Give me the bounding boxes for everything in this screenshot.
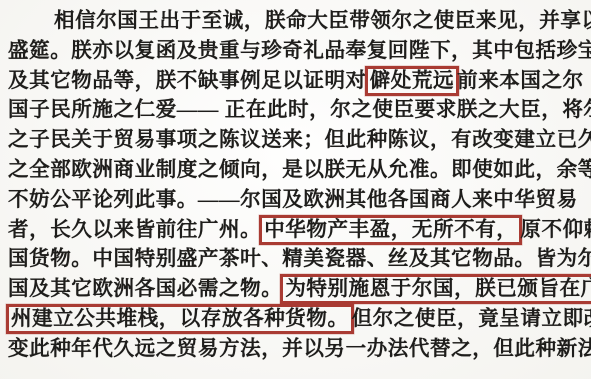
highlighted-phrase: 为特别施恩于尔国，朕已颁旨在广 — [280, 274, 591, 304]
text-segment: 之子民关于贸易事项之陈议送来；但此种陈议，有改变建立已久 — [8, 129, 591, 151]
text-line-4: 国子民所施之仁爱—— 正在此时，尔之使臣要求朕之大臣，将尔 — [8, 96, 586, 126]
text-line-8: 者，长久以来皆前往广州。中华物产丰盈，无所不有，原不仰赖别 — [8, 216, 586, 246]
text-segment: 盛筵。朕亦以复函及贵重与珍奇礼品奉复回陛下，其中包括珍宝 — [8, 40, 591, 62]
text-segment: 国货物。中国特别盛产茶叶、精美瓷器、丝及其它物品。皆为尔 — [8, 248, 591, 270]
highlighted-phrase: 州建立公共堆栈，以存放各种货物。 — [6, 304, 354, 334]
text-line-1: 相信尔国王出于至诚，朕命大臣带领尔之使臣来见，并享以 — [8, 7, 586, 37]
text-line-6: 之全部欧洲商业制度之倾向，是以朕无从允准。即使如此，余等 — [8, 156, 586, 186]
text-segment: 变此种年代久远之贸易方法，并以另一办法代替之，但此种新法 — [8, 338, 591, 360]
text-segment: 者，长久以来皆前往广州。 — [8, 219, 261, 241]
text-segment: 原不仰赖别 — [520, 219, 591, 241]
text-segment: 国及其它欧洲各国必需之物。 — [8, 278, 282, 300]
scanned-document-page: 相信尔国王出于至诚，朕命大臣带领尔之使臣来见，并享以盛筵。朕亦以复函及贵重与珍奇… — [0, 0, 591, 379]
text-line-9: 国货物。中国特别盛产茶叶、精美瓷器、丝及其它物品。皆为尔 — [8, 245, 586, 275]
text-segment: 但尔之使臣，竟呈请立即改 — [352, 308, 591, 330]
text-segment: 前来本国之尔 — [457, 70, 584, 92]
text-segment: 及其它物品等，朕不缺事例足以证明对 — [8, 70, 367, 92]
text-line-5: 之子民关于贸易事项之陈议送来；但此种陈议，有改变建立已久 — [8, 126, 586, 156]
text-segment: 之全部欧洲商业制度之倾向，是以朕无从允准。即使如此，余等 — [8, 159, 591, 181]
text-line-7: 不妨公平论列此事。——尔国及欧洲其他各国商人来中华贸易 — [8, 186, 586, 216]
text-segment: 不妨公平论列此事。——尔国及欧洲其他各国商人来中华贸易 — [8, 189, 578, 211]
text-segment: 国子民所施之仁爱—— 正在此时，尔之使臣要求朕之大臣，将尔 — [8, 99, 591, 121]
text-line-11: 州建立公共堆栈，以存放各种货物。但尔之使臣，竟呈请立即改 — [8, 305, 586, 335]
text-line-3: 及其它物品等，朕不缺事例足以证明对僻处荒远前来本国之尔 — [8, 67, 586, 97]
text-line-10: 国及其它欧洲各国必需之物。为特别施恩于尔国，朕已颁旨在广 — [8, 275, 586, 305]
highlighted-phrase: 中华物产丰盈，无所不有， — [259, 215, 522, 245]
document-text: 相信尔国王出于至诚，朕命大臣带领尔之使臣来见，并享以盛筵。朕亦以复函及贵重与珍奇… — [8, 7, 586, 365]
text-segment: 相信尔国王出于至诚，朕命大臣带领尔之使臣来见，并享以 — [54, 10, 591, 32]
text-line-2: 盛筵。朕亦以复函及贵重与珍奇礼品奉复回陛下，其中包括珍宝 — [8, 37, 586, 67]
highlighted-phrase: 僻处荒远 — [365, 66, 459, 96]
text-line-12: 变此种年代久远之贸易方法，并以另一办法代替之，但此种新法 — [8, 335, 586, 365]
